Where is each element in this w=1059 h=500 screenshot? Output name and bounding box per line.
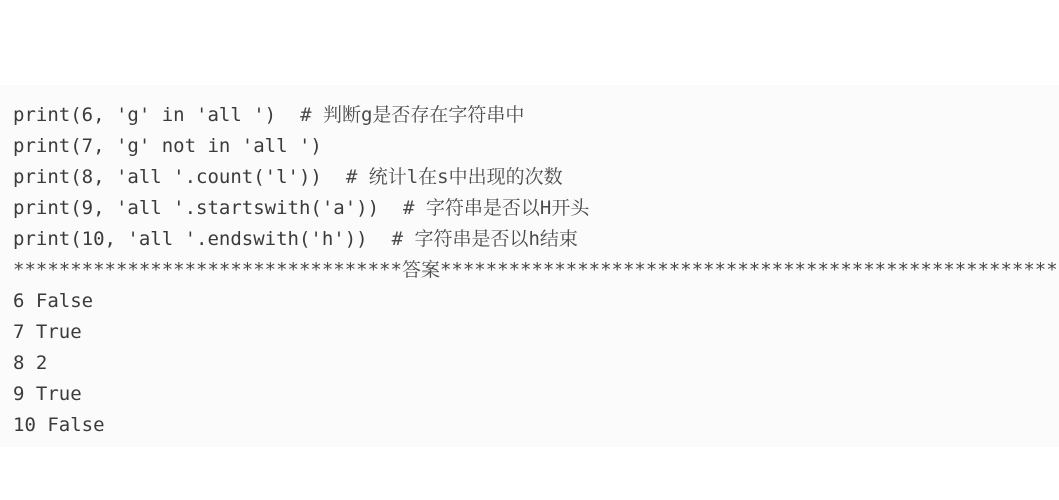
output-line: 10 False [13, 410, 1059, 441]
code-line: print(7, 'g' not in 'all ') [13, 131, 1059, 162]
output-line: 8 2 [13, 348, 1059, 379]
code-line: print(10, 'all '.endswith('h'))# 字符串是否以h… [13, 224, 1059, 255]
comment-text: # 统计l在s中出现的次数 [346, 166, 563, 188]
code-text: print(9, 'all '.startswith('a')) [13, 197, 379, 219]
comment-text: # 字符串是否以h结束 [392, 228, 578, 250]
answer-label: 答案 [402, 259, 440, 281]
output-line: 7 True [13, 317, 1059, 348]
code-line: print(6, 'g' in 'all ')# 判断g是否存在字符串中 [13, 100, 1059, 131]
code-text: print(8, 'all '.count('l')) [13, 166, 322, 188]
separator-stars-left: ********************************** [13, 259, 402, 281]
code-text: print(6, 'g' in 'all ') [13, 104, 276, 126]
separator-stars-right: ****************************************… [440, 259, 1059, 281]
console-block: print(6, 'g' in 'all ')# 判断g是否存在字符串中 pri… [13, 100, 1059, 441]
comment-text: # 字符串是否以H开头 [403, 197, 589, 219]
answer-separator: **********************************答案****… [13, 255, 1059, 286]
code-line: print(8, 'all '.count('l'))# 统计l在s中出现的次数 [13, 162, 1059, 193]
output-line: 6 False [13, 286, 1059, 317]
code-text: print(7, 'g' not in 'all ') [13, 135, 322, 157]
code-line: print(9, 'all '.startswith('a'))# 字符串是否以… [13, 193, 1059, 224]
comment-text: # 判断g是否存在字符串中 [300, 104, 524, 126]
output-line: 9 True [13, 379, 1059, 410]
code-text: print(10, 'all '.endswith('h')) [13, 228, 368, 250]
